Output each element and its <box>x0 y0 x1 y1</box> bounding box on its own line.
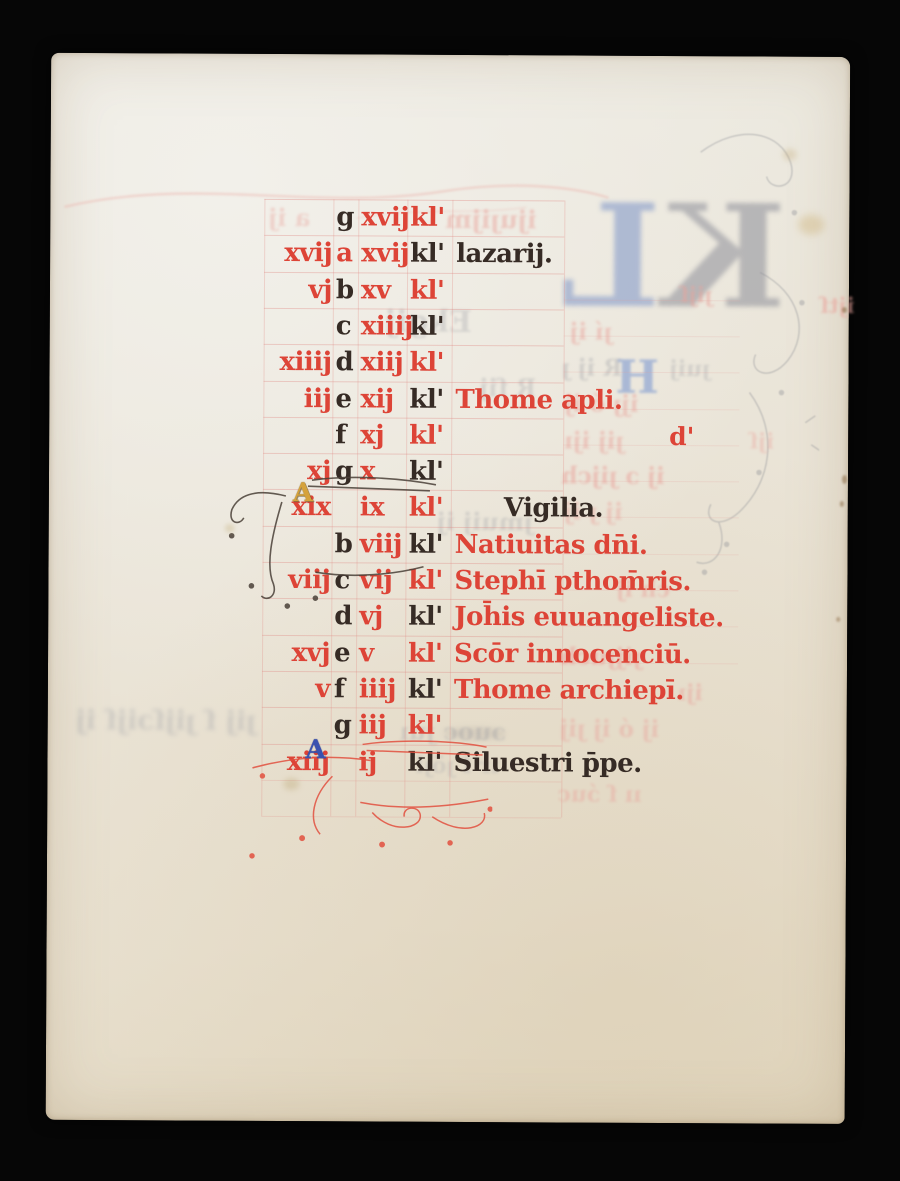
showthrough-fragment: ȷuĳ <box>669 356 710 382</box>
ruling-line-ghost <box>562 625 738 627</box>
day-count: xj <box>360 419 384 451</box>
day-count: xij <box>360 383 393 415</box>
showthrough-fragment: ĳ ɔ ȷĳch <box>561 462 665 490</box>
kalends-abbrev: kl' <box>409 492 444 524</box>
verso-showthrough-layer: KLa ĳĳuȷĳmȷĳſĳtſEkgĳȷí ĳR ĳ ȷȷuĳHĳȷ ó ĳR… <box>46 53 851 1124</box>
kalends-abbrev: kl' <box>409 420 444 452</box>
ruling-line <box>261 199 265 816</box>
day-count: xvij <box>361 237 409 269</box>
showthrough-fragment: ĳtſ <box>820 293 855 318</box>
vellum-stain <box>444 727 506 740</box>
showthrough-fragment: a ĳ <box>268 203 310 232</box>
feast-entry: Joh̄is euuangeliste. <box>454 601 724 634</box>
showthrough-fragment: ȷí ĳ <box>570 319 612 346</box>
golden-number: xix <box>245 491 331 523</box>
kalends-abbrev: kl' <box>410 311 445 343</box>
ruling-line-ghost <box>563 516 739 518</box>
day-count: ix <box>360 491 385 523</box>
calendar-row: xiijAijkl'Siluestri p̄pe. <box>47 745 846 783</box>
calendar-row: fxjkl' <box>49 418 848 456</box>
showthrough-fragment: ȷĳȷuch <box>560 643 642 670</box>
day-count: xiiij <box>361 310 413 342</box>
ruling-line <box>262 635 562 638</box>
kalends-abbrev: kl' <box>409 456 444 488</box>
showthrough-grey-penwork <box>518 91 821 597</box>
feast-entry: Scōr innocenciū. <box>454 638 691 671</box>
feast-entry: Natiuitas dn̄i. <box>455 529 648 562</box>
showthrough-fragment: ıı ſ ɔ́uc <box>557 781 641 807</box>
vellum-stain <box>840 501 844 507</box>
dominical-letter: f <box>335 419 346 451</box>
golden-number: iij <box>245 383 331 415</box>
showthrough-fragment: ȷĳſ <box>680 282 713 307</box>
vellum-stain <box>842 475 847 484</box>
showthrough-fragment: ĳ ó ĳ ȷĳ <box>560 715 660 743</box>
kalends-abbrev: kl' <box>410 202 445 234</box>
ruling-line <box>263 381 563 384</box>
kalends-abbrev: kl' <box>410 238 445 270</box>
golden-number: xj <box>245 455 331 487</box>
dominical-letter: c <box>336 310 352 342</box>
ruling-line <box>262 598 562 601</box>
golden-number: viij <box>244 564 330 596</box>
dominical-letter: b <box>335 528 353 560</box>
showthrough-fragment: ȷĳ ſ ȷĳſɔĳſ ĳ <box>76 705 256 737</box>
feast-entry: Vigilia. <box>504 492 603 525</box>
golden-number: v <box>244 673 330 705</box>
day-count: iij <box>359 709 387 741</box>
golden-number: xiij <box>243 746 329 778</box>
day-count: v <box>359 637 374 669</box>
calendar-row: giijkl' <box>48 708 847 746</box>
feast-entry: lazarij. <box>456 238 553 271</box>
calendar-row: xjgxkl' <box>49 454 848 492</box>
dominical-letter: f <box>334 673 345 705</box>
golden-number: xvj <box>244 637 330 669</box>
marginal-note: d' <box>669 422 694 451</box>
showthrough-fragment: ĳ ȷ ĳ <box>564 498 623 525</box>
feast-entry: Siluestri p̄pe. <box>453 747 641 780</box>
dominical-letter: g <box>335 455 353 487</box>
kalends-abbrev: kl' <box>408 638 443 670</box>
ruling-line-ghost <box>562 589 738 591</box>
feast-entry: Stephī pthom̄ris. <box>454 565 691 598</box>
ruling-line <box>263 453 563 456</box>
ruling-line-ghost <box>564 299 740 301</box>
day-count: vj <box>359 600 383 632</box>
calendar-row: xvijaxvijkl'lazarij. <box>50 236 849 274</box>
day-count: xvij <box>361 201 409 233</box>
showthrough-fragment: ȷmuĳ ĳ <box>437 507 533 537</box>
day-count: vij <box>359 564 392 596</box>
day-count: iiij <box>359 673 396 705</box>
day-count: x <box>360 455 375 487</box>
showthrough-fragment: H <box>615 350 659 404</box>
calendar-grid: d' gxvijkl'xvijaxvijkl'lazarij.vjbxvkl'c… <box>46 53 851 1124</box>
vellum-stain <box>225 524 235 533</box>
dominical-letter: b <box>336 274 354 306</box>
dominical-letter: g <box>334 709 352 741</box>
golden-number: xiiij <box>246 346 332 378</box>
showthrough-fragment: ĳuȷĳm <box>445 205 536 234</box>
ruling-line-ghost <box>564 335 740 337</box>
vellum-stain <box>283 778 299 790</box>
calendar-row: xvjevkl'Scōr innocenciū. <box>48 636 847 674</box>
kalends-abbrev: kl' <box>408 565 443 597</box>
showthrough-fragment: R ſĳ <box>479 373 536 402</box>
showthrough-fragment: ır ſ ȷöȷl <box>415 753 499 779</box>
kl-monogram-letter: K <box>662 182 786 353</box>
ruling-line <box>263 562 563 565</box>
kalends-abbrev: kl' <box>410 275 445 307</box>
showthrough-fragment: ĳȷ ó ĳ <box>564 390 638 417</box>
vellum-stain <box>783 149 797 161</box>
ruling-grid <box>46 53 851 1124</box>
calendar-row: xixAixkl'Vigilia. <box>49 490 848 528</box>
feast-entry: Thome apli. <box>455 384 622 417</box>
gold-initial-a: A <box>293 477 313 509</box>
showthrough-fragment: R ĳ ȷ <box>561 354 622 381</box>
ruling-line <box>264 272 564 275</box>
calendar-row: cxiiijkl' <box>50 309 849 347</box>
ruling-line <box>261 816 561 819</box>
dominical-letter: e <box>334 637 350 669</box>
ruling-line <box>263 489 563 492</box>
vellum-stain <box>836 617 840 622</box>
calendar-row: viijcvijkl'Stephī pthom̄ris. <box>48 563 847 601</box>
kalends-abbrev: kl' <box>407 747 442 779</box>
vellum-stain <box>798 215 824 235</box>
photo-background: KLa ĳĳuȷĳmȷĳſĳtſEkgĳȷí ĳR ĳ ȷȷuĳHĳȷ ó ĳR… <box>0 0 900 1181</box>
golden-number: vj <box>246 274 332 306</box>
ruling-line <box>263 417 563 420</box>
ruling-line <box>263 526 563 529</box>
calendar-row: xiiijdxiijkl' <box>50 345 849 383</box>
kalends-abbrev: kl' <box>408 710 443 742</box>
ruling-line <box>262 671 562 674</box>
kalends-abbrev: kl' <box>408 601 443 633</box>
ruling-line-ghost <box>563 408 739 410</box>
dominical-letter: d <box>334 600 352 632</box>
kl-monogram-showthrough: KL <box>536 181 787 352</box>
calendar-row: vjbxvkl' <box>50 273 849 311</box>
ruling-line-ghost <box>562 662 738 664</box>
showthrough-fragment: Ekgĳ <box>385 305 472 340</box>
dominical-letter: e <box>335 383 351 415</box>
ruling-line <box>262 744 562 747</box>
dominical-letter: g <box>336 201 354 233</box>
ruling-line <box>355 199 359 816</box>
ruling-line-ghost <box>563 444 739 446</box>
ruling-line <box>404 200 408 817</box>
calendar-row: gxvijkl' <box>50 200 849 238</box>
ruling-line-ghost <box>563 553 739 555</box>
golden-number: xvij <box>246 237 332 269</box>
showthrough-fragment: ĳſ <box>749 428 774 453</box>
ruling-line <box>264 235 564 238</box>
ruling-line <box>261 780 561 783</box>
ruling-line <box>262 707 562 710</box>
kalends-abbrev: kl' <box>409 529 444 561</box>
ruling-line <box>330 199 334 816</box>
calendar-row: dvjkl'Joh̄is euuangeliste. <box>48 599 847 637</box>
vellum-stain <box>842 307 847 313</box>
manuscript-leaf: KLa ĳĳuȷĳmȷĳſĳtſEkgĳȷí ĳR ĳ ȷȷuĳHĳȷ ó ĳR… <box>46 53 851 1124</box>
day-count: xv <box>361 274 391 306</box>
stains-layer <box>46 53 851 1124</box>
calendar-row: iijexijkl'Thome apli. <box>49 382 848 420</box>
penwork-flourish <box>242 716 493 871</box>
kalends-abbrev: kl' <box>410 347 445 379</box>
showthrough-fragment: ĳı <box>678 680 703 706</box>
showthrough-red-swirl <box>56 145 616 242</box>
kalends-abbrev: kl' <box>409 384 444 416</box>
dominical-letter: c <box>334 564 350 596</box>
calendar-row: bviijkl'Natiuitas dn̄i. <box>49 527 848 565</box>
ruling-line <box>561 200 565 817</box>
dominical-letter: a <box>336 237 353 269</box>
calendar-row: vfiiijkl'Thome archiepī. <box>48 672 847 710</box>
day-count: viij <box>360 528 402 560</box>
dominical-letter: d <box>336 346 354 378</box>
kalends-abbrev: kl' <box>408 674 443 706</box>
showthrough-fragment: ȷĳ ĳı <box>564 427 624 454</box>
feast-entry: Thome archiepī. <box>454 674 684 707</box>
ruling-line <box>264 308 564 311</box>
ruling-line <box>264 199 564 202</box>
ruling-line-ghost <box>564 371 740 373</box>
day-count: ij <box>358 746 376 778</box>
kl-monogram-letter: L <box>560 181 661 352</box>
showthrough-fragment: ɔuoc ȷuı <box>400 717 506 747</box>
showthrough-fragment: ch ĳ <box>616 577 670 603</box>
blue-initial-a: A <box>305 734 325 766</box>
penwork-flourish <box>223 466 454 621</box>
ruling-line <box>449 200 453 817</box>
ruling-line <box>264 344 564 347</box>
ruling-line-ghost <box>563 480 739 482</box>
day-count: xiij <box>361 346 404 378</box>
